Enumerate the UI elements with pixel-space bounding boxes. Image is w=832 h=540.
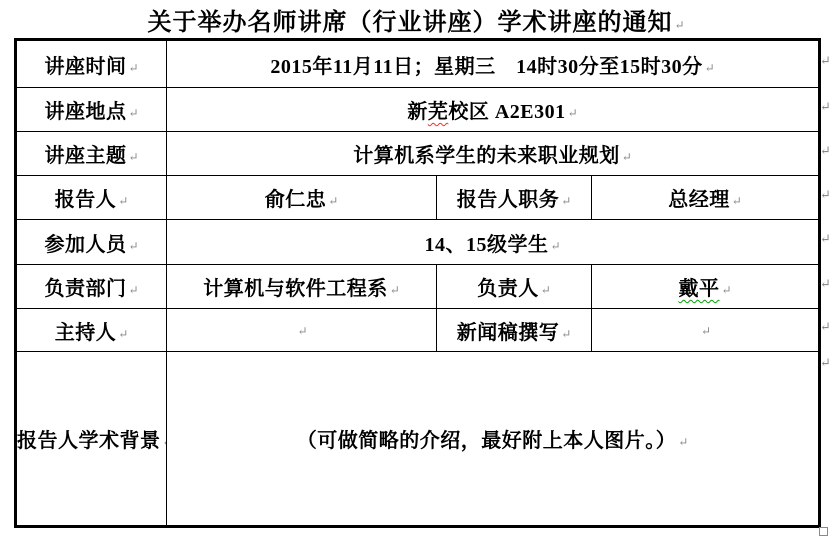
table-row: 讲座地点↵ 新芜校区 A2E301↵ bbox=[16, 88, 820, 132]
value-news-writer[interactable]: ↵ bbox=[592, 309, 820, 352]
label-lecture-time[interactable]: 讲座时间↵ bbox=[16, 40, 167, 88]
end-of-row-mark-icon: ↵ bbox=[820, 277, 831, 290]
table-row: 参加人员↵ 14、15级学生↵ bbox=[16, 220, 820, 265]
paragraph-mark-icon: ↵ bbox=[128, 61, 138, 75]
paragraph-mark-icon: ↵ bbox=[701, 324, 711, 338]
table-row: 报告人↵ 俞仁忠↵ 报告人职务↵ 总经理↵ bbox=[16, 176, 820, 220]
end-of-row-mark-icon: ↵ bbox=[820, 356, 831, 369]
paragraph-mark-icon: ↵ bbox=[622, 150, 632, 164]
value-leader[interactable]: 戴平↵ bbox=[592, 265, 820, 309]
end-of-row-mark-icon: ↵ bbox=[820, 100, 831, 113]
grammar-flagged-text: 戴平 bbox=[678, 278, 719, 300]
end-of-row-mark-icon: ↵ bbox=[820, 144, 831, 157]
paragraph-mark-icon: ↵ bbox=[118, 327, 128, 341]
table-row: 讲座主题↵ 计算机系学生的未来职业规划↵ bbox=[16, 132, 820, 176]
table-row: 讲座时间↵ 2015年11月11日；星期三 14时30分至15时30分↵ bbox=[16, 40, 820, 88]
value-speaker-title[interactable]: 总经理↵ bbox=[592, 176, 820, 220]
paragraph-mark-icon: ↵ bbox=[705, 61, 715, 75]
label-speaker[interactable]: 报告人↵ bbox=[16, 176, 167, 220]
paragraph-mark-icon: ↵ bbox=[568, 106, 578, 120]
label-news-writer[interactable]: 新闻稿撰写↵ bbox=[437, 309, 592, 352]
document-page: 关于举办名师讲席（行业讲座）学术讲座的通知↵ 讲座时间↵ 2015年11月11日… bbox=[0, 0, 832, 540]
label-lecture-topic[interactable]: 讲座主题↵ bbox=[16, 132, 167, 176]
label-speaker-background[interactable]: 报告人学术背景↵ bbox=[16, 352, 167, 527]
value-host[interactable]: ↵ bbox=[167, 309, 437, 352]
paragraph-mark-icon: ↵ bbox=[163, 435, 167, 449]
value-lecture-topic[interactable]: 计算机系学生的未来职业规划↵ bbox=[167, 132, 820, 176]
value-department[interactable]: 计算机与软件工程系↵ bbox=[167, 265, 437, 309]
label-department[interactable]: 负责部门↵ bbox=[16, 265, 167, 309]
spellcheck-flagged-text: 芜 bbox=[428, 101, 449, 123]
value-speaker-background[interactable]: （可做简略的介绍，最好附上本人图片。）↵ bbox=[167, 352, 820, 527]
paragraph-mark-icon: ↵ bbox=[118, 194, 128, 208]
label-speaker-title[interactable]: 报告人职务↵ bbox=[437, 176, 592, 220]
page-title[interactable]: 关于举办名师讲席（行业讲座）学术讲座的通知↵ bbox=[0, 2, 832, 37]
paragraph-mark-icon: ↵ bbox=[561, 194, 571, 208]
paragraph-mark-icon: ↵ bbox=[128, 239, 138, 253]
paragraph-mark-icon: ↵ bbox=[561, 327, 571, 341]
paragraph-mark-icon: ↵ bbox=[674, 18, 684, 32]
value-attendees[interactable]: 14、15级学生↵ bbox=[167, 220, 820, 265]
label-leader[interactable]: 负责人↵ bbox=[437, 265, 592, 309]
paragraph-mark-icon: ↵ bbox=[550, 239, 560, 253]
page-title-text: 关于举办名师讲席（行业讲座）学术讲座的通知 bbox=[147, 10, 672, 36]
end-of-row-mark-icon: ↵ bbox=[820, 54, 831, 67]
paragraph-mark-icon: ↵ bbox=[328, 194, 338, 208]
value-lecture-time[interactable]: 2015年11月11日；星期三 14时30分至15时30分↵ bbox=[167, 40, 820, 88]
paragraph-mark-icon: ↵ bbox=[128, 150, 138, 164]
label-host[interactable]: 主持人↵ bbox=[16, 309, 167, 352]
paragraph-mark-icon: ↵ bbox=[721, 283, 731, 297]
end-of-row-mark-icon: ↵ bbox=[820, 188, 831, 201]
paragraph-mark-icon: ↵ bbox=[128, 106, 138, 120]
paragraph-mark-icon: ↵ bbox=[297, 324, 307, 338]
value-lecture-location[interactable]: 新芜校区 A2E301↵ bbox=[167, 88, 820, 132]
paragraph-mark-icon: ↵ bbox=[390, 283, 400, 297]
label-attendees[interactable]: 参加人员↵ bbox=[16, 220, 167, 265]
end-of-row-mark-icon: ↵ bbox=[820, 320, 831, 333]
paragraph-mark-icon: ↵ bbox=[128, 283, 138, 297]
paragraph-mark-icon: ↵ bbox=[732, 194, 742, 208]
table-row: 主持人↵ ↵ 新闻稿撰写↵ ↵ bbox=[16, 309, 820, 352]
document-end-mark-icon bbox=[819, 527, 828, 536]
paragraph-mark-icon: ↵ bbox=[541, 283, 551, 297]
notice-table: 讲座时间↵ 2015年11月11日；星期三 14时30分至15时30分↵ 讲座地… bbox=[14, 38, 821, 528]
value-speaker[interactable]: 俞仁忠↵ bbox=[167, 176, 437, 220]
table-row: 负责部门↵ 计算机与软件工程系↵ 负责人↵ 戴平↵ bbox=[16, 265, 820, 309]
paragraph-mark-icon: ↵ bbox=[678, 435, 688, 449]
label-lecture-location[interactable]: 讲座地点↵ bbox=[16, 88, 167, 132]
end-of-row-mark-icon: ↵ bbox=[820, 232, 831, 245]
table-row: 报告人学术背景↵ （可做简略的介绍，最好附上本人图片。）↵ bbox=[16, 352, 820, 527]
